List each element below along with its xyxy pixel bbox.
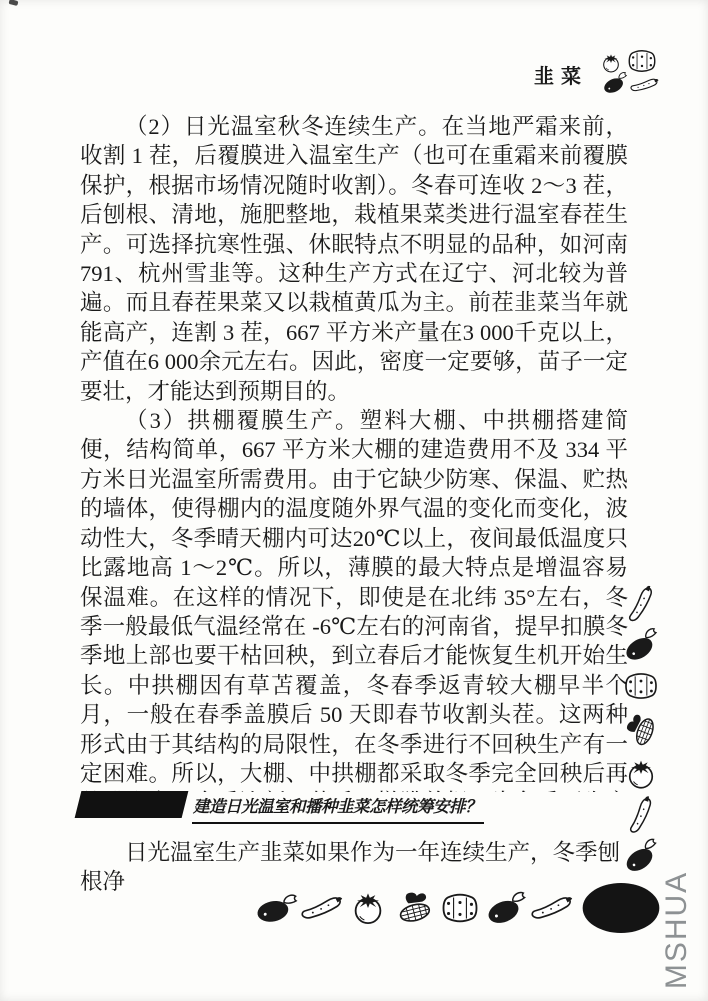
cucumber-icon [530, 889, 574, 927]
paragraph-2: （2）日光温室秋冬连续生产。在当地严霜来前，收割 1 茬，后覆膜进入温室生产（也… [80, 112, 628, 406]
cucumber-icon [627, 72, 662, 97]
pepper-icon [625, 48, 659, 74]
corn-icon [392, 889, 436, 927]
tomato-icon [621, 756, 661, 792]
book-page: 韭菜 （2）日光温室秋冬连续生产。在当地严霜来前，收割 1 茬，后覆膜进入温室生… [0, 0, 708, 1001]
pepper-icon [438, 889, 482, 927]
eggplant-icon [252, 887, 300, 929]
heading-marker-block [75, 791, 189, 818]
header-veg-cluster [598, 48, 664, 100]
right-icon-column [618, 586, 664, 874]
eggplant-icon [600, 70, 631, 96]
ellipse-icon [578, 878, 664, 938]
eggplant-icon [617, 623, 665, 668]
section-title: 建造日光温室和播种韭菜怎样统筹安排？ [192, 793, 484, 824]
scan-artifact [9, 0, 19, 6]
corn-icon [612, 702, 669, 759]
pepper-icon [621, 668, 661, 704]
body-text: （2）日光温室秋冬连续生产。在当地严霜来前，收割 1 茬，后覆膜进入温室生产（也… [80, 112, 628, 792]
section-heading: 建造日光温室和播种韭菜怎样统筹安排？ [78, 791, 484, 824]
cucumber-icon [614, 578, 668, 631]
bottom-icon-row [254, 878, 664, 938]
cucumber-icon [614, 788, 668, 842]
cucumber-icon [300, 889, 344, 927]
running-head: 韭菜 [534, 60, 588, 89]
watermark: MSHUA [657, 870, 697, 990]
paragraph-3: （3）拱棚覆膜生产。塑料大棚、中拱棚搭建简便，结构简单，667 平方米大棚的建造… [80, 406, 628, 792]
tomato-icon [346, 889, 390, 927]
eggplant-icon [483, 888, 530, 929]
